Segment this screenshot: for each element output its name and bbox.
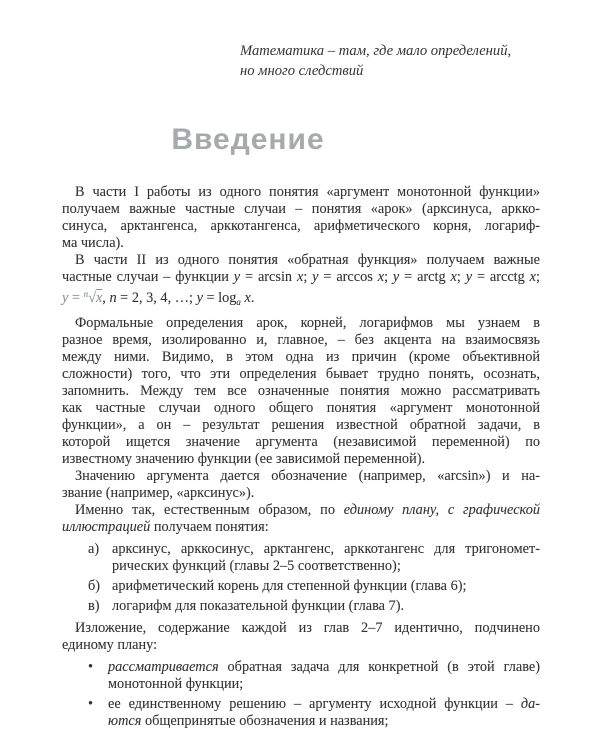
paragraph: В части II из одного понятия «обратная ф… bbox=[62, 252, 540, 311]
text-segment: ; bbox=[303, 269, 312, 285]
list-block: а)арксинус, арккосинус, арктангенс, аркк… bbox=[62, 541, 540, 615]
letter-marker: б) bbox=[88, 578, 100, 595]
text-segment: логарифм для показательной функции (глав… bbox=[112, 598, 404, 614]
list-item: б)арифметический корень для степенной фу… bbox=[62, 578, 540, 595]
text-line: логарифм для показательной функции (глав… bbox=[112, 598, 540, 615]
text-line: монотонной функции; bbox=[108, 676, 540, 693]
text-segment: иллюстрацией bbox=[62, 519, 150, 535]
text-segment: между ними. Видимо, в этом одна из причи… bbox=[62, 349, 540, 365]
text-segment: рассматривается bbox=[108, 659, 219, 675]
text-segment: запомнить. Между тем все означенные поня… bbox=[62, 383, 540, 399]
list-item: а)арксинус, арккосинус, арктангенс, аркк… bbox=[62, 541, 540, 575]
text-segment: Изложение, содержание каждой из глав 2–7… bbox=[75, 620, 540, 636]
text-line: ее единственному решению – аргументу исх… bbox=[108, 696, 540, 713]
text-segment: известному значению функции (ее зависимо… bbox=[62, 451, 425, 467]
text-line: В части I работы из одного понятия «аргу… bbox=[62, 184, 540, 201]
text-segment: функции», а он – результат решения извес… bbox=[62, 417, 540, 433]
text-segment: единому плану: bbox=[62, 637, 157, 653]
text-segment: Именно так, естественным образом, по bbox=[75, 502, 344, 518]
text-segment: = log bbox=[203, 290, 236, 306]
text-segment: = arcsin bbox=[240, 269, 297, 285]
text-line: ются общепринятые обозначения и названия… bbox=[108, 713, 540, 730]
text-segment: общепринятые обозначения и названия; bbox=[141, 713, 388, 729]
text-line: запомнить. Между тем все означенные поня… bbox=[62, 383, 540, 400]
letter-marker: в) bbox=[88, 598, 100, 615]
list-block: •рассматривается обратная задача для кон… bbox=[62, 659, 540, 730]
list-item: в)логарифм для показательной функции (гл… bbox=[62, 598, 540, 615]
paragraph: Именно так, естественным образом, по еди… bbox=[62, 502, 540, 536]
text-segment: арифметический корень для степенной функ… bbox=[112, 578, 466, 594]
text-segment: n bbox=[109, 290, 116, 306]
paragraph: Формальные определения арок, корней, лог… bbox=[62, 315, 540, 468]
text-line: В части II из одного понятия «обратная ф… bbox=[62, 252, 540, 269]
text-line: известному значению функции (ее зависимо… bbox=[62, 451, 540, 468]
text-segment: обратная задача для конкретной (в этой г… bbox=[219, 659, 540, 675]
text-line: единому плану: bbox=[62, 637, 540, 654]
text-segment: = arccos bbox=[319, 269, 378, 285]
list-item: •рассматривается обратная задача для кон… bbox=[62, 659, 540, 693]
text-line: которой ищется значение аргумента (незав… bbox=[62, 434, 540, 451]
text-segment: разное время, изолированно и, главное, –… bbox=[62, 332, 540, 348]
text-segment: Формальные определения арок, корней, лог… bbox=[75, 315, 540, 331]
text-line: Значению аргумента дается обозначение (н… bbox=[62, 468, 540, 485]
text-segment: ; bbox=[536, 269, 540, 285]
text-line: частные случаи – функции y = arcsin x; y… bbox=[62, 269, 540, 286]
text-line: Изложение, содержание каждой из глав 2–7… bbox=[62, 620, 540, 637]
text-line: Формальные определения арок, корней, лог… bbox=[62, 315, 540, 332]
paragraph: Изложение, содержание каждой из глав 2–7… bbox=[62, 620, 540, 654]
text-line: функции», а он – результат решения извес… bbox=[62, 417, 540, 434]
text-segment: звание (например, «арксинус»). bbox=[62, 485, 254, 501]
text-line: получаем важные частные случаи – понятия… bbox=[62, 201, 540, 218]
text-segment: да- bbox=[521, 696, 540, 712]
bullet-marker: • bbox=[88, 696, 93, 713]
bullet-marker: • bbox=[88, 659, 93, 676]
text-line: Именно так, естественным образом, по еди… bbox=[62, 502, 540, 519]
text-segment: монотонной функции; bbox=[108, 676, 243, 692]
page-title: Введение bbox=[0, 123, 496, 157]
text-segment: арксинус, арккосинус, арктангенс, арккот… bbox=[112, 541, 540, 557]
text-line: как частные случаи одного общего понятия… bbox=[62, 400, 540, 417]
paragraph: В части I работы из одного понятия «аргу… bbox=[62, 184, 540, 252]
text-segment: = arctg bbox=[399, 269, 450, 285]
text-segment: = 2, 3, 4, …; bbox=[117, 290, 197, 306]
text-segment: . bbox=[251, 290, 255, 306]
text-line: рических функций (главы 2–5 соответствен… bbox=[112, 558, 540, 575]
text-segment: В части II из одного понятия «обратная ф… bbox=[75, 252, 540, 268]
text-segment: ма числа). bbox=[62, 235, 124, 251]
text-segment: частные случаи – функции bbox=[62, 269, 234, 285]
text-segment: = bbox=[68, 290, 83, 306]
text-line: рассматривается обратная задача для конк… bbox=[108, 659, 540, 676]
text-line: арксинус, арккосинус, арктангенс, арккот… bbox=[112, 541, 540, 558]
text-line: между ними. Видимо, в этом одна из причи… bbox=[62, 349, 540, 366]
text-segment: ются bbox=[108, 713, 141, 729]
text-segment: ее единственному решению – аргументу исх… bbox=[108, 696, 521, 712]
text-segment: ; bbox=[384, 269, 393, 285]
text-line: звание (например, «арксинус»). bbox=[62, 485, 540, 502]
list-item: •ее единственному решению – аргументу ис… bbox=[62, 696, 540, 730]
text-segment: получаем важные частные случаи – понятия… bbox=[62, 201, 540, 217]
text-line: разное время, изолированно и, главное, –… bbox=[62, 332, 540, 349]
text-line: арифметический корень для степенной функ… bbox=[112, 578, 540, 595]
paragraph: Значению аргумента дается обозначение (н… bbox=[62, 468, 540, 502]
epigraph: Математика – там, где мало определений, … bbox=[240, 41, 511, 81]
text-line: иллюстрацией получаем понятия: bbox=[62, 519, 540, 536]
text-segment: Значению аргумента дается обозначение (н… bbox=[75, 468, 540, 484]
text-line: y = n√x, n = 2, 3, 4, …; y = loga x. bbox=[62, 286, 540, 311]
text-segment: сложности) того, что эти определения быв… bbox=[62, 366, 540, 382]
text-line: синуса, арктангенса, арккотангенса, ариф… bbox=[62, 218, 540, 235]
text-segment: единому плану, с графической bbox=[344, 502, 540, 518]
book-page: Математика – там, где мало определений, … bbox=[0, 0, 600, 750]
text-segment: как частные случаи одного общего понятия… bbox=[62, 400, 540, 416]
text-segment: В части I работы из одного понятия «аргу… bbox=[75, 184, 540, 200]
text-segment: ; bbox=[457, 269, 466, 285]
text-line: ма числа). bbox=[62, 235, 540, 252]
text-segment: рических функций (главы 2–5 соответствен… bbox=[112, 558, 401, 574]
text-line: сложности) того, что эти определения быв… bbox=[62, 366, 540, 383]
text-segment: √ bbox=[88, 290, 96, 306]
text-segment: синуса, арктангенса, арккотангенса, ариф… bbox=[62, 218, 540, 234]
body-text: В части I работы из одного понятия «аргу… bbox=[62, 184, 540, 730]
text-segment: = arcctg bbox=[472, 269, 530, 285]
text-segment: которой ищется значение аргумента (незав… bbox=[62, 434, 540, 450]
letter-marker: а) bbox=[88, 541, 99, 558]
text-segment: получаем понятия: bbox=[150, 519, 268, 535]
